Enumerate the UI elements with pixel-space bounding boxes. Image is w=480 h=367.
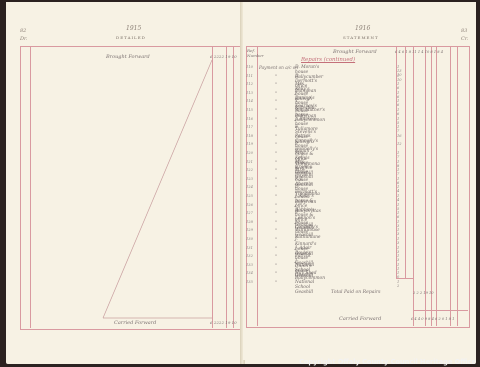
- ditto-mark: ": [275, 246, 277, 252]
- row-ref: 122: [246, 168, 253, 172]
- row-amount: 1 3: [397, 237, 399, 245]
- ditto-mark: ": [275, 142, 277, 148]
- row-ref: 134: [246, 271, 253, 275]
- ditto-mark: ": [275, 117, 277, 123]
- right-brought-forward-amount: £ 4 6 1 8 11 1 4 10 8 1 8 4: [395, 50, 443, 54]
- right-page-number: 83: [461, 28, 467, 34]
- row-amount: 1 3: [397, 246, 399, 254]
- ditto-mark: ": [275, 211, 277, 217]
- row-ref: 117: [246, 125, 253, 129]
- ditto-mark: ": [275, 194, 277, 200]
- right-page: 1916 STATEMENT 83 Cr. Ref. Number Brough…: [243, 2, 476, 360]
- amount-col-rule-6: [436, 46, 437, 326]
- row-amount: 1 6: [397, 91, 399, 99]
- amount-col-rule-7: [450, 46, 451, 326]
- right-page-sub: Cr.: [461, 36, 468, 42]
- right-year: 1916: [355, 25, 370, 32]
- ditto-mark: ": [275, 228, 277, 234]
- ditto-mark: ": [275, 220, 277, 226]
- row-description: National School Geashill: [295, 280, 314, 295]
- row-amount: 1 4: [397, 185, 399, 193]
- row-amount: 1 6: [397, 177, 399, 185]
- row-ref: 124: [246, 185, 253, 189]
- row-ref: 112: [246, 82, 253, 86]
- right-brought-forward-label: Brought Forward: [333, 49, 377, 55]
- row-ref: 131: [246, 246, 253, 250]
- row-amount: 1 3: [397, 254, 399, 262]
- row-ref: 113: [246, 91, 253, 95]
- row-amount: 1 7: [397, 125, 399, 133]
- ditto-mark: ": [275, 177, 277, 183]
- cancellation-diagonal: [6, 2, 242, 342]
- ditto-mark: ": [275, 254, 277, 260]
- row-ref: 123: [246, 177, 253, 181]
- amount-col-rule-2: [405, 46, 406, 278]
- row-ref: 116: [246, 117, 253, 121]
- row-ref: 135: [246, 280, 253, 284]
- left-page: 82 Dr. 1915 DETAILED Brought Forward £ 2…: [6, 2, 243, 360]
- row-amount: 1 8: [397, 160, 399, 168]
- row-amount: 1 7: [397, 151, 399, 159]
- row-ref: 119: [246, 142, 253, 146]
- ditto-mark: ": [275, 263, 277, 269]
- row-ref: 120: [246, 151, 253, 155]
- row-ref: 129: [246, 228, 253, 232]
- row-amount: 12: [397, 142, 402, 146]
- ditto-mark: ": [275, 91, 277, 97]
- row-ref: 125: [246, 194, 253, 198]
- section-title: Repairs (continued): [301, 57, 355, 63]
- row-amount: 1 6: [397, 211, 399, 219]
- total-paid-amount: 2 2 2 19 10: [413, 291, 434, 295]
- amount-col-rule-8: [457, 46, 458, 326]
- row-amount: 1 1: [397, 263, 399, 271]
- row-amount: 1 6: [397, 108, 399, 116]
- ditto-mark: ": [275, 151, 277, 157]
- row-ref: 110: [246, 65, 253, 69]
- row-ref: 133: [246, 263, 253, 267]
- row-ref: 118: [246, 134, 253, 138]
- ditto-mark: ": [275, 134, 277, 140]
- row-amount: 1 6: [397, 82, 399, 90]
- ditto-mark: ": [275, 108, 277, 114]
- row-amount: 1 5: [397, 203, 399, 211]
- left-carried-forward-label: Carried Forward: [114, 320, 156, 326]
- ditto-mark: ": [275, 74, 277, 80]
- row-ref: 128: [246, 220, 253, 224]
- row-ref: 115: [246, 108, 253, 112]
- row-ref: 111: [246, 74, 253, 78]
- ditto-mark: ": [275, 160, 277, 166]
- right-carried-forward-label: Carried Forward: [339, 316, 381, 322]
- ditto-mark: ": [275, 203, 277, 209]
- row-amount: 1 10: [397, 74, 402, 82]
- copyright-watermark: Copyright Offaly County Council Heritage…: [299, 358, 476, 366]
- right-carried-forward-amount: £ 4 4 0 9 8 4 6 2 0 1 8 1: [411, 317, 454, 321]
- ledger-book: 82 Dr. 1915 DETAILED Brought Forward £ 2…: [6, 2, 476, 364]
- carried-rule: [413, 310, 468, 311]
- ditto-mark: ": [275, 185, 277, 191]
- total-paid-label: Total Paid on Repairs: [331, 290, 381, 295]
- row-ref: 126: [246, 203, 253, 207]
- row-amount: 1 3: [397, 228, 399, 236]
- row-ref: 114: [246, 99, 253, 103]
- row-amount: 1 2: [397, 280, 399, 288]
- ditto-mark: ": [275, 82, 277, 88]
- payment-prefix: Payment on a/c on: [259, 65, 298, 70]
- row-amount: 1 5: [397, 117, 399, 125]
- ditto-mark: ": [275, 99, 277, 105]
- ditto-mark: ": [275, 280, 277, 286]
- amount-col-rule-5: [431, 46, 432, 326]
- amount-col-rule-4: [425, 46, 426, 326]
- ditto-mark: ": [275, 271, 277, 277]
- ref-number-header: Ref. Number: [247, 48, 257, 58]
- row-ref: 130: [246, 237, 253, 241]
- amount-col-rule-3: [413, 46, 414, 326]
- row-amount: 1 6: [397, 99, 399, 107]
- row-amount: 1 4: [397, 194, 399, 202]
- ditto-mark: ": [275, 125, 277, 131]
- row-amount: 1 7: [397, 168, 399, 176]
- row-ref: 121: [246, 160, 253, 164]
- left-carried-forward-amount: £ 2222 19 10: [210, 320, 237, 325]
- row-amount: 16: [397, 134, 402, 138]
- ditto-mark: ": [275, 168, 277, 174]
- ref-column-rule: [257, 46, 258, 326]
- row-ref: 132: [246, 254, 253, 258]
- row-ref: 127: [246, 211, 253, 215]
- right-section-header: STATEMENT: [343, 35, 379, 40]
- ditto-mark: ": [275, 237, 277, 243]
- row-amount: 1 0: [397, 271, 399, 279]
- row-amount: 1 3: [397, 220, 399, 228]
